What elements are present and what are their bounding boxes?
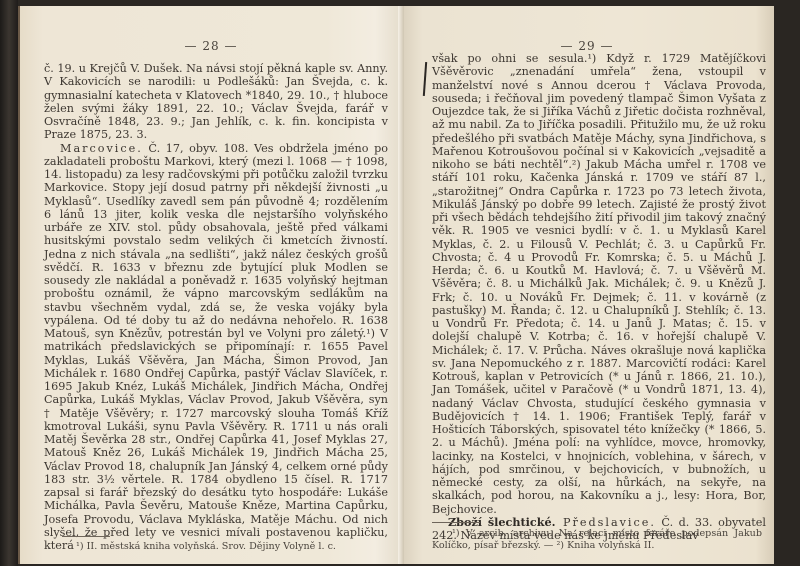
section-title-predslavice: Předslavice. [555, 516, 655, 529]
page-number-left: — 28 — [20, 39, 402, 53]
left-page-text: č. 19. u Krejčů V. Dušek. Na návsi stojí… [44, 62, 388, 552]
left-page: — 28 — č. 19. u Krejčů V. Dušek. Na návs… [18, 6, 402, 564]
paragraph-marcovice: Marcovice. Č. 17, obyv. 108. Ves obdržel… [44, 142, 388, 553]
book-gutter [398, 6, 404, 564]
page-number-right: — 29 — [400, 39, 774, 53]
footnote-left: ¹) II. městská kniha volyňská. Srov. Děj… [76, 541, 376, 553]
book-spine-edge [0, 0, 18, 566]
section-body-marcovice: Č. 17, obyv. 108. Ves obdržela jméno po … [44, 142, 388, 553]
paragraph-marcovice-continued: však po ohni se sesula.¹) Když r. 1729 M… [432, 52, 766, 516]
right-page: — 29 — však po ohni se sesula.¹) Když r.… [400, 6, 774, 564]
paragraph-kakovice-natives: č. 19. u Krejčů V. Dušek. Na návsi stojí… [44, 62, 388, 142]
footnote-divider-right [432, 522, 480, 523]
footnote-right: ¹) V arcib. archivu. Na relaci místo far… [432, 528, 762, 552]
section-title-marcovice: Marcovice. [60, 142, 143, 155]
footnote-divider-left [62, 536, 110, 537]
right-page-text: však po ohni se sesula.¹) Když r. 1729 M… [432, 52, 766, 542]
